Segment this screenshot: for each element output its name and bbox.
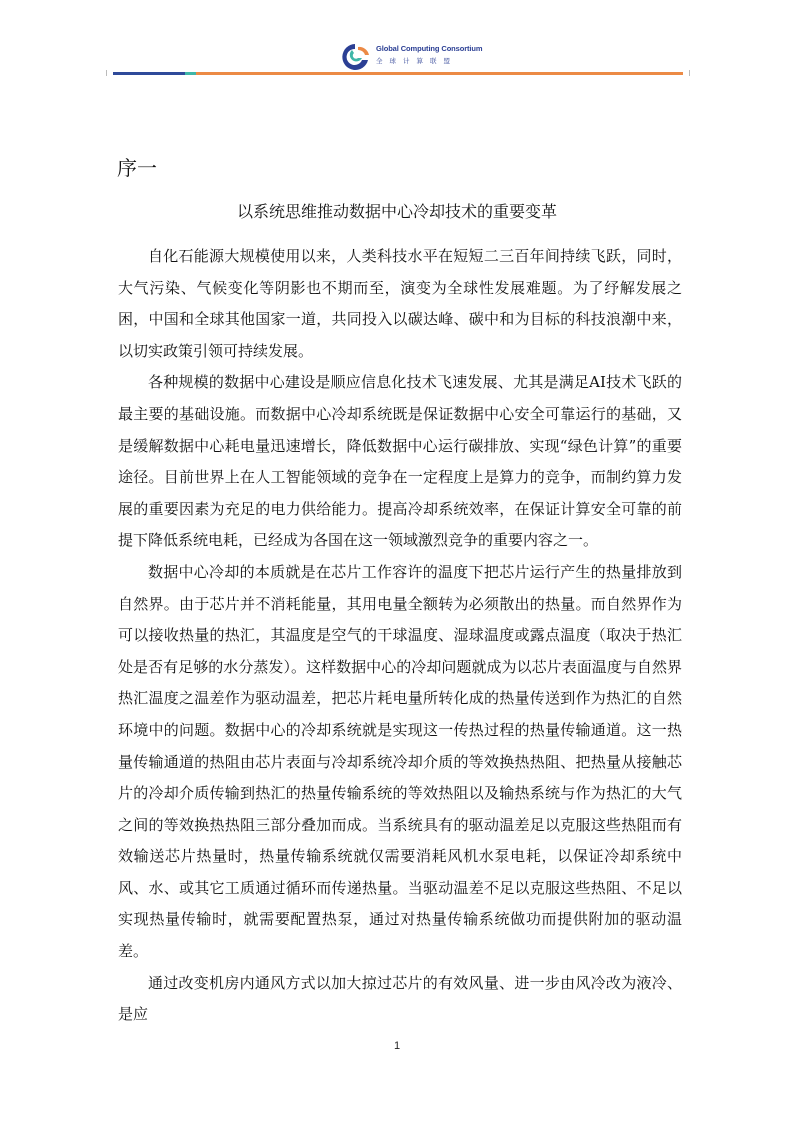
page-number: 1 xyxy=(0,1040,794,1052)
header-rule-teal xyxy=(185,72,196,75)
paragraph: 通过改变机房内通风方式以加大掠过芯片的有效风量、进一步由风冷改为液冷、是应 xyxy=(118,968,682,1031)
body-text: 自化石能源大规模使用以来，人类科技水平在短短二三百年间持续飞跃，同时，大气污染、… xyxy=(118,241,682,1031)
org-name-cn: 全球计算联盟 xyxy=(376,56,482,65)
paragraph: 各种规模的数据中心建设是顺应信息化技术飞速发展、尤其是满足AI技术飞跃的最主要的… xyxy=(118,367,682,557)
document-title: 以系统思维推动数据中心冷却技术的重要变革 xyxy=(0,199,794,222)
org-name-en: Global Computing Consortium xyxy=(376,44,482,53)
header-rule-orange xyxy=(196,72,683,75)
logo-text: Global Computing Consortium 全球计算联盟 xyxy=(376,44,482,65)
paragraph: 自化石能源大规模使用以来，人类科技水平在短短二三百年间持续飞跃，同时，大气污染、… xyxy=(118,241,682,367)
section-heading: 序一 xyxy=(117,152,157,181)
header-rule-blue xyxy=(113,72,185,75)
gcc-logo-icon xyxy=(338,41,372,71)
header-tick-right xyxy=(689,70,690,76)
paragraph: 数据中心冷却的本质就是在芯片工作容许的温度下把芯片运行产生的热量排放到自然界。由… xyxy=(118,557,682,968)
page-header: Global Computing Consortium 全球计算联盟 xyxy=(0,0,794,90)
header-tick-left xyxy=(106,70,107,76)
